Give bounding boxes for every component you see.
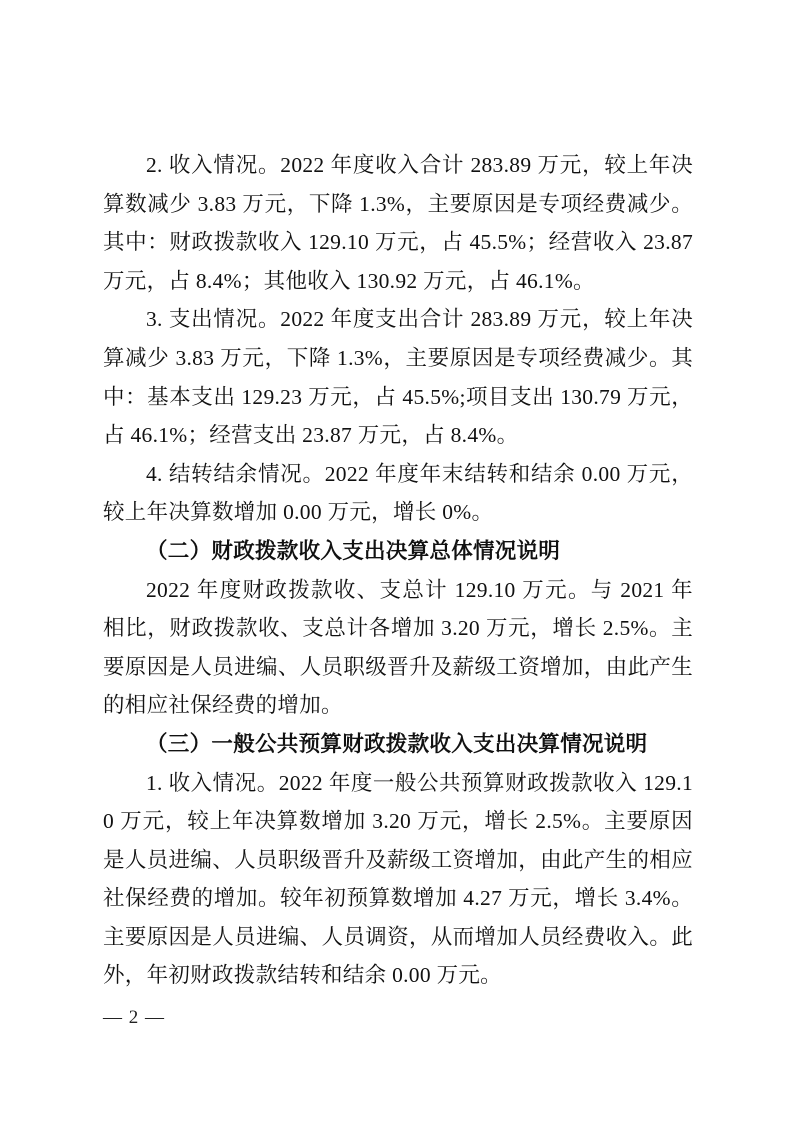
heading-general-public-budget: （三）一般公共预算财政拨款收入支出决算情况说明 xyxy=(103,725,693,764)
paragraph-fiscal-appropriation-detail: 2022 年度财政拨款收、支总计 129.10 万元。与 2021 年相比，财政… xyxy=(103,571,693,725)
heading-fiscal-appropriation-overall: （二）财政拨款收入支出决算总体情况说明 xyxy=(103,532,693,571)
paragraph-carryover-balance: 4. 结转结余情况。2022 年度年末结转和结余 0.00 万元，较上年决算数增… xyxy=(103,455,693,532)
document-page: 2. 收入情况。2022 年度收入合计 283.89 万元，较上年决算数减少 3… xyxy=(0,0,793,1122)
paragraph-income-overview: 2. 收入情况。2022 年度收入合计 283.89 万元，较上年决算数减少 3… xyxy=(103,146,693,300)
paragraph-expenditure-overview: 3. 支出情况。2022 年度支出合计 283.89 万元，较上年决算减少 3.… xyxy=(103,300,693,454)
document-body: 2. 收入情况。2022 年度收入合计 283.89 万元，较上年决算数减少 3… xyxy=(103,146,693,995)
paragraph-general-public-budget-income: 1. 收入情况。2022 年度一般公共预算财政拨款收入 129.10 万元，较上… xyxy=(103,764,693,996)
page-number: — 2 — xyxy=(103,1006,165,1030)
